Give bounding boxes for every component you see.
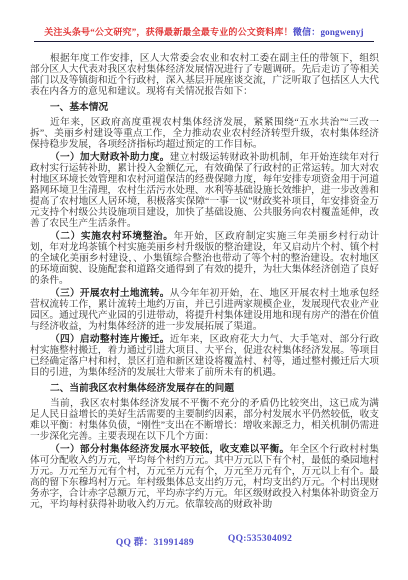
ad-banner-main-text: 关注头条号“公文研究”，获得最新最全最专业的公文资料库！ — [44, 27, 293, 37]
document-page: 关注头条号“公文研究”，获得最新最全最专业的公文资料库！微信：gongwenyj… — [0, 0, 408, 580]
ad-banner-underlined-text: 关注头条号“公文研究”，获得最新最全最专业的公文资料库！微信：gongwenyj — [34, 27, 374, 42]
intro-paragraph: 根据年度工作安排，区人大常委会农业和农村工委在副主任的带领下，组织部分区人大代表… — [30, 53, 379, 97]
section-2-title: 二、当前我区农村集体经济发展存在的问题 — [30, 383, 379, 395]
section-1-title: 一、基本情况 — [30, 102, 379, 114]
section-2-paragraph: 当前，我区农村集体经济发展不平衡不充分的矛盾仍比较突出，这已成为满足人民日益增长… — [30, 398, 379, 442]
section-1-item-3-lead: （三）开展农村土地流转。 — [50, 288, 170, 299]
ad-banner: 关注头条号“公文研究”，获得最新最全最专业的公文资料库！微信：gongwenyj — [0, 27, 408, 42]
section-1-item-3: （三）开展农村土地流转。从今年年初开始，在、地区开展农村土地承包经营权流转工作，… — [30, 288, 379, 332]
ad-banner-wechat-text: 微信：gongwenyj — [293, 27, 364, 37]
section-1-item-2: （二）实施农村环境整治。年开始，区政府制定实施三年美丽乡村行动计划，年对龙坞茶镇… — [30, 231, 379, 286]
section-1-item-4-lead: （四）启动整村连片搬迁。 — [50, 334, 170, 345]
section-2-item-1: （一）部分村集体经济发展水平较低，收支难以平衡。年全区个行政村村集体可分配收入约… — [30, 444, 379, 510]
qq-group-label: QQ 群：31991489 — [116, 534, 194, 548]
section-1-item-4: （四）启动整村连片搬迁。近年来，区政府花大力气、大手笔对、部分行政村实施整村搬迁… — [30, 334, 379, 378]
qq-footer: QQ 群：31991489 QQ:535304092 — [0, 534, 408, 548]
section-1-item-1: （一）加大财政补助力度。建立村级运转财政补助机制，年开始连续年对行政村实行运转补… — [30, 152, 379, 229]
section-1-item-2-lead: （二）实施农村环境整治。 — [50, 231, 174, 242]
qq-number-label: QQ:535304092 — [228, 534, 292, 548]
section-2-item-1-lead: （一）部分村集体经济发展水平较低，收支难以平衡。 — [50, 444, 289, 455]
section-1-paragraph: 近年来，区政府高度重视农村集体经济发展，紧紧围绕“五水共治”“三改一拆”、美丽乡… — [30, 117, 379, 150]
section-1-item-1-lead: （一）加大财政补助力度。 — [50, 152, 170, 163]
section-1-item-1-text: 建立村级运转财政补助机制，年开始连续年对行政村实行运转补助，累计投入金额亿元，有… — [30, 152, 379, 229]
document-body: 根据年度工作安排，区人大常委会农业和农村工委在副主任的带领下，组织部分区人大代表… — [30, 53, 379, 512]
